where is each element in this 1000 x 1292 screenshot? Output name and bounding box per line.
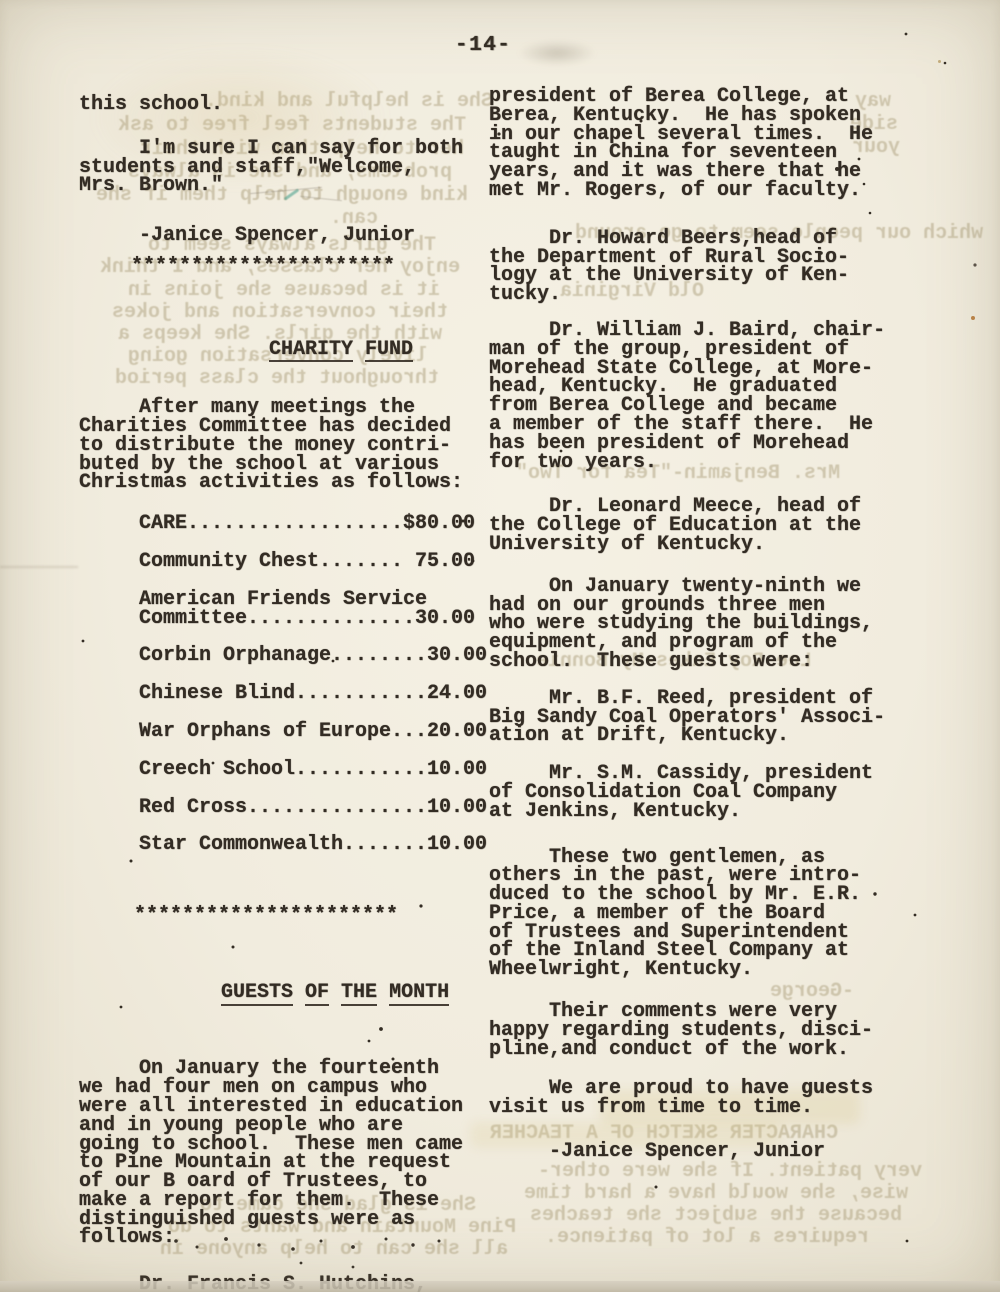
paper-crease — [0, 566, 78, 568]
newsletter-page: She is helpful and kind.The students fee… — [0, 0, 1000, 1292]
heading-word: CHARITY — [269, 341, 353, 363]
charity-item: Creech School...........10.00 — [139, 761, 483, 780]
heading-word: THE — [341, 984, 377, 1006]
left-column: this school. I'm sure I can say for both… — [79, 96, 483, 1292]
paragraph-comments: Their comments were very happy regarding… — [489, 1003, 909, 1059]
paragraph-introduction-price: These two gentlemen, as others in the pa… — [489, 849, 909, 981]
charity-intro-paragraph: After many meetings the Charities Commit… — [79, 399, 483, 493]
charity-item: CARE..................$80.00 — [139, 515, 483, 534]
heading-word: MONTH — [389, 984, 449, 1006]
ink-specks — [0, 0, 2, 2]
right-column: president of Berea College, at Berea, Ke… — [489, 88, 909, 1162]
charity-items-list: CARE..................$80.00 Community C… — [139, 515, 483, 855]
paragraph-january-visit: On January twenty-ninth we had on our gr… — [489, 578, 909, 672]
charity-item: War Orphans of Europe...20.00 — [139, 723, 483, 742]
continuation-text: this school. — [79, 96, 483, 115]
signature-janice-spencer: -Janice Spencer, Junior — [489, 1143, 909, 1162]
guests-intro-paragraph: On January the fourteenth we had four me… — [79, 1060, 483, 1248]
rust-speck — [938, 60, 941, 63]
guests-of-the-month-heading: GUESTSOFTHEMONTH — [149, 965, 483, 1024]
welcome-paragraph: I'm sure I can say for both students and… — [79, 140, 483, 196]
paragraph-hutchins-continued: president of Berea College, at Berea, Ke… — [489, 88, 909, 201]
signature-janice-spencer: -Janice Spencer, Junior — [79, 227, 483, 246]
paragraph-william-baird: Dr. William J. Baird, chair- man of the … — [489, 322, 909, 472]
charity-item: American Friends Service Committee......… — [139, 591, 483, 629]
bleed-through-line: very patient. If she were other- — [538, 1162, 922, 1181]
paragraph-proud-guests: We are proud to have guests visit us fro… — [489, 1080, 909, 1118]
paragraph-howard-beers: Dr. Howard Beers,head of the Department … — [489, 230, 909, 305]
bleed-through-line: requires a lot of patience. — [545, 1228, 869, 1247]
paragraph-leonard-meece: Dr. Leonard Meece, head of the College o… — [489, 498, 909, 554]
charity-item: Star Commonwealth.......10.00 — [139, 836, 483, 855]
paragraph-bf-reed: Mr. B.F. Reed, president of Big Sandy Co… — [489, 690, 909, 746]
asterisk-separator: ********************** — [134, 907, 483, 926]
charity-item: Red Cross...............10.00 — [139, 799, 483, 818]
rust-speck — [971, 316, 975, 320]
bleed-through-line: because the subject she teaches — [530, 1206, 902, 1225]
charity-item: Community Chest....... 75.00 — [139, 553, 483, 572]
ink-smudge — [518, 40, 596, 66]
heading-word: OF — [305, 984, 329, 1006]
paper-bottom-edge — [0, 1281, 1000, 1292]
page-number: -14- — [455, 34, 511, 57]
bleed-through-line: wise, she would have a hard time — [524, 1184, 908, 1203]
paragraph-sm-cassidy: Mr. S.M. Cassidy, president of Consolida… — [489, 765, 909, 821]
heading-word: GUESTS — [221, 984, 293, 1006]
asterisk-separator: ********************** — [131, 258, 483, 277]
charity-item: Chinese Blind...........24.00 — [139, 685, 483, 704]
heading-word: FUND — [365, 341, 413, 363]
charity-fund-heading: CHARITYFUND — [197, 322, 483, 381]
charity-item: Corbin Orphanage........30.00 — [139, 647, 483, 666]
